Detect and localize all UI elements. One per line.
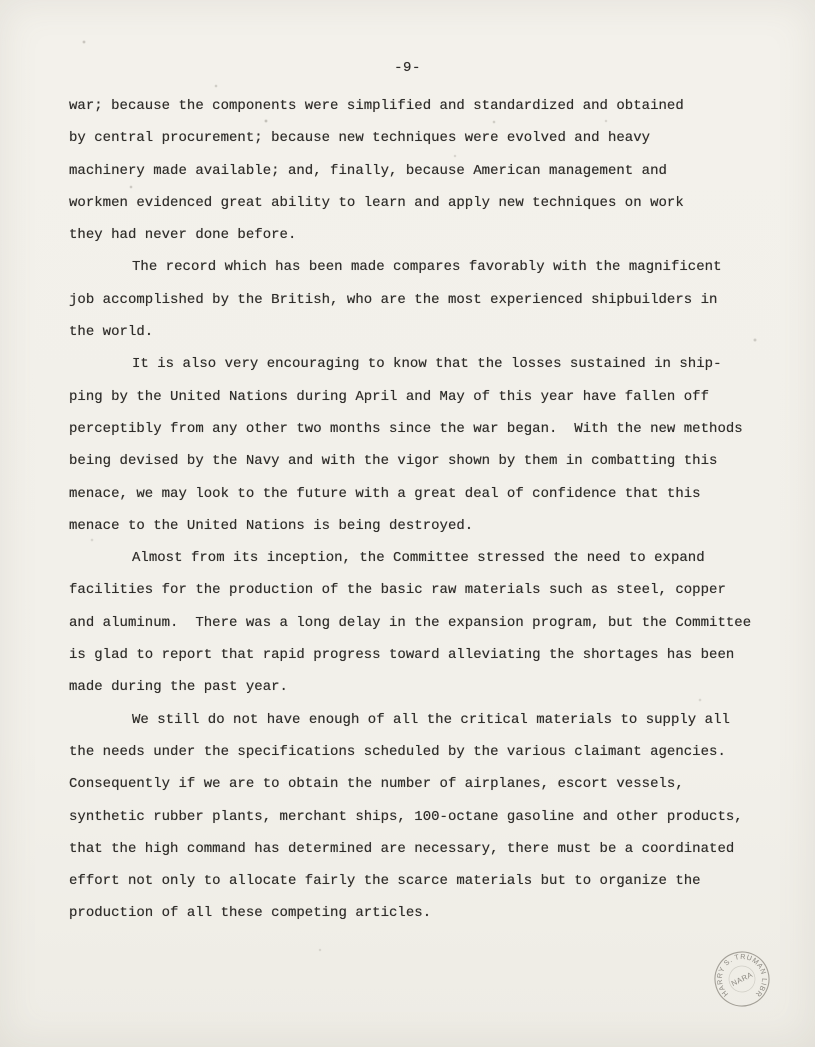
stamp-center-text: NARA xyxy=(730,970,754,988)
text-line: war; because the components were simplif… xyxy=(69,90,767,122)
text-line: We still do not have enough of all the c… xyxy=(69,704,767,736)
text-line: It is also very encouraging to know that… xyxy=(69,348,767,380)
archive-stamp: HARRY S. TRUMAN LIBRARY NARA xyxy=(694,931,790,1027)
text-line: effort not only to allocate fairly the s… xyxy=(69,865,767,897)
text-line: Consequently if we are to obtain the num… xyxy=(69,768,767,800)
text-line: production of all these competing articl… xyxy=(69,897,767,929)
text-line: menace to the United Nations is being de… xyxy=(69,510,767,542)
text-line: by central procurement; because new tech… xyxy=(69,122,767,154)
text-line: is glad to report that rapid progress to… xyxy=(69,639,767,671)
text-line: menace, we may look to the future with a… xyxy=(69,478,767,510)
text-line: perceptibly from any other two months si… xyxy=(69,413,767,445)
text-line: being devised by the Navy and with the v… xyxy=(69,445,767,477)
document-page: -9- war; because the components were sim… xyxy=(0,0,815,1047)
text-line: synthetic rubber plants, merchant ships,… xyxy=(69,801,767,833)
text-line: that the high command has determined are… xyxy=(69,833,767,865)
text-line: and aluminum. There was a long delay in … xyxy=(69,607,767,639)
text-line: The record which has been made compares … xyxy=(69,251,767,283)
text-line: the world. xyxy=(69,316,767,348)
text-line: they had never done before. xyxy=(69,219,767,251)
document-body: war; because the components were simplif… xyxy=(69,90,767,930)
text-line: Almost from its inception, the Committee… xyxy=(69,542,767,574)
text-line: workmen evidenced great ability to learn… xyxy=(69,187,767,219)
text-line: facilities for the production of the bas… xyxy=(69,574,767,606)
text-line: job accomplished by the British, who are… xyxy=(69,284,767,316)
text-line: machinery made available; and, finally, … xyxy=(69,155,767,187)
text-line: the needs under the specifications sched… xyxy=(69,736,767,768)
text-line: made during the past year. xyxy=(69,671,767,703)
page-number: -9- xyxy=(0,60,815,76)
text-line: ping by the United Nations during April … xyxy=(69,381,767,413)
